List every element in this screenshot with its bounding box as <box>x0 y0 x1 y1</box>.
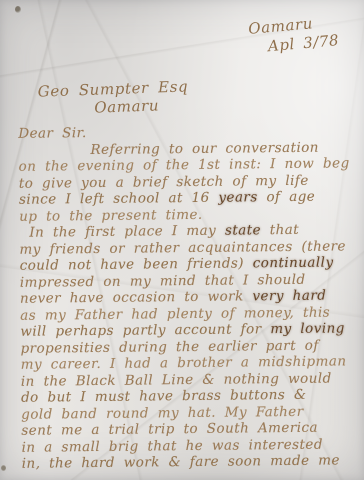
letter-photo: Oamaru Apl 3/78 Geo Sumpter Esq Oamaru D… <box>0 0 364 480</box>
blotted-text: years <box>218 189 257 205</box>
line-text: will perhaps partly account for <box>20 321 270 340</box>
letter-line: in, the hard work & fare soon made me <box>22 452 362 472</box>
line-text: of age <box>258 189 316 206</box>
line-text: could not have been friends) <box>20 255 253 273</box>
paper-speck <box>15 6 21 13</box>
blotted-text: continually <box>253 254 334 271</box>
blotted-text: state <box>225 222 261 238</box>
line-text: since I left school at 16 <box>19 190 219 208</box>
line-text: that <box>261 222 299 238</box>
recipient-block: Geo Sumpter Esq Oamaru <box>37 77 189 118</box>
recipient-place: Oamaru <box>94 95 189 116</box>
line-text: in, the hard work & fare soon made me <box>22 452 340 471</box>
line-text: up to the present time. <box>19 206 203 224</box>
line-text: never have occasion to work <box>20 288 253 306</box>
blotted-text: very hard <box>252 288 326 305</box>
line-text: Referring to our conversation <box>90 139 319 157</box>
paper-speck <box>1 465 6 471</box>
letter-body: Dear Sir. Referring to our conversation … <box>18 122 362 472</box>
line-text: In the first place I may <box>29 223 225 241</box>
blotted-text: my loving <box>270 320 345 337</box>
dateline: Oamaru Apl 3/78 <box>247 12 339 58</box>
